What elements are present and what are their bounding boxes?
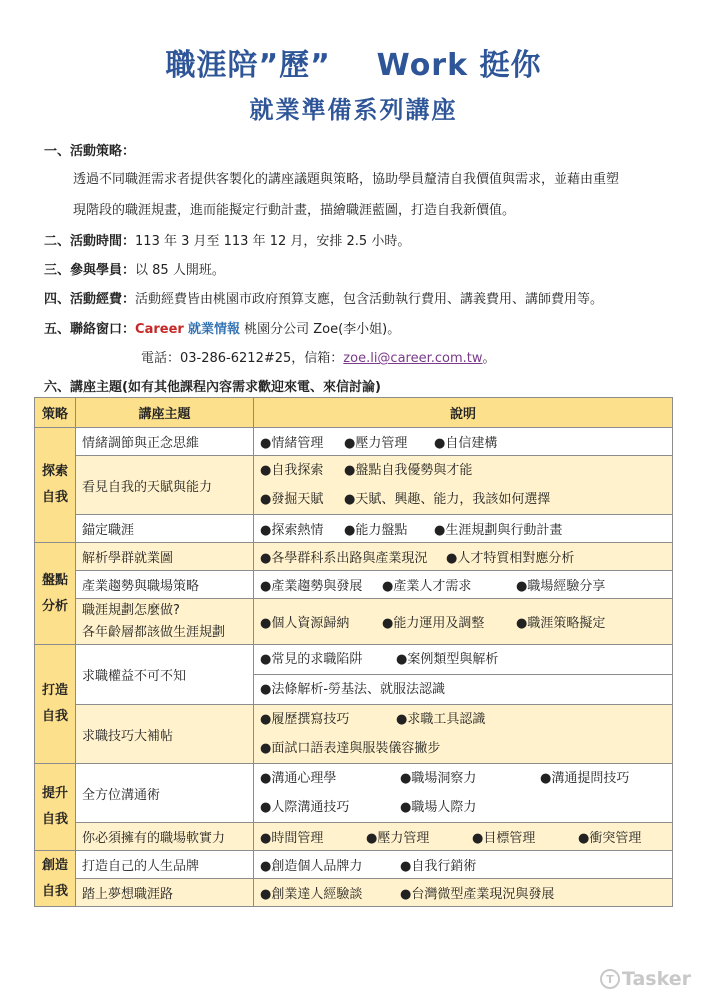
bullet-line: ●發掘天賦●天賦、興趣、能力，我該如何選擇 bbox=[260, 485, 666, 514]
topic-cell: 錨定職涯 bbox=[76, 515, 254, 543]
section-time: 二、活動時間：113 年 3 月至 113 年 12 月，安排 2.5 小時。 bbox=[44, 230, 410, 249]
description-cell: ●自我探索●盤點自我優勢與才能 ●發掘天賦●天賦、興趣、能力，我該如何選擇 bbox=[254, 456, 673, 515]
description-cell: ●產業趨勢與發展●產業人才需求●職場經驗分享 bbox=[254, 571, 673, 599]
bullet-line: ●面試口語表達與服裝儀容撇步 bbox=[260, 734, 666, 763]
bullet-item: ●產業趨勢與發展 bbox=[260, 575, 382, 594]
description-cell: ●創造個人品牌力●自我行銷術 bbox=[254, 851, 673, 879]
brand-job-info: 就業情報 bbox=[188, 322, 240, 337]
strategy-line2: 自我 bbox=[37, 485, 73, 511]
table-header-row: 策略 講座主題 說明 bbox=[35, 398, 673, 428]
bullet-item: ●能力盤點 bbox=[344, 519, 434, 538]
contact-end-punct: 。 bbox=[483, 351, 496, 366]
strategy-cell: 創造自我 bbox=[35, 851, 76, 907]
bullet-item: ●履歷撰寫技巧 bbox=[260, 705, 396, 734]
section-number: 四、 bbox=[44, 292, 70, 307]
strategy-paragraph-line2: 現階段的職涯規畫，進而能擬定行動計畫，描繪職涯藍圖，打造自我新價值。 bbox=[73, 199, 515, 218]
bullet-line: ●各學群科系出路與產業現況●人才特質相對應分析 bbox=[260, 547, 666, 566]
section-number: 一、 bbox=[44, 144, 70, 159]
section-contact: 五、聯絡窗口：Career 就業情報 桃園分公司 Zoe(李小姐)。 bbox=[44, 318, 400, 337]
topic-cell: 求職技巧大補帖 bbox=[76, 705, 254, 764]
bullet-item: ●壓力管理 bbox=[344, 432, 434, 451]
strategy-paragraph-line1: 透過不同職涯需求者提供客製化的講座議題與策略，協助學員釐清自我價值與需求，並藉由… bbox=[73, 168, 619, 187]
section-strategy-heading: 一、活動策略： bbox=[44, 140, 135, 159]
description-cell: ●各學群科系出路與產業現況●人才特質相對應分析 bbox=[254, 543, 673, 571]
bullet-line: ●探索熱情●能力盤點●生涯規劃與行動計畫 bbox=[260, 519, 666, 538]
bullet-line: ●創業達人經驗談●台灣微型產業現況與發展 bbox=[260, 883, 666, 902]
table-row: 錨定職涯 ●探索熱情●能力盤點●生涯規劃與行動計畫 bbox=[35, 515, 673, 543]
bullet-item: ●目標管理 bbox=[472, 827, 578, 846]
bullet-line: ●創造個人品牌力●自我行銷術 bbox=[260, 855, 666, 874]
description-cell: ●個人資源歸納●能力運用及調整●職涯策略擬定 bbox=[254, 599, 673, 645]
strategy-cell: 提升自我 bbox=[35, 764, 76, 851]
description-cell: ●履歷撰寫技巧●求職工具認識 ●面試口語表達與服裝儀容撇步 bbox=[254, 705, 673, 764]
bullet-item: ●職場經驗分享 bbox=[516, 575, 605, 594]
bullet-item: ●自我行銷術 bbox=[400, 855, 476, 874]
contact-details: 電話：03-286-6212#25，信箱：zoe.li@career.com.t… bbox=[141, 347, 496, 366]
email-link[interactable]: zoe.li@career.com.tw bbox=[343, 351, 482, 366]
bullet-item: ●職涯策略擬定 bbox=[516, 612, 605, 631]
table-row: 提升自我 全方位溝通術 ●溝通心理學●職場洞察力●溝通提問技巧 ●人際溝通技巧●… bbox=[35, 764, 673, 823]
bullet-item: ●自我探索 bbox=[260, 456, 344, 485]
topic-cell: 打造自己的人生品牌 bbox=[76, 851, 254, 879]
bullet-item: ●能力運用及調整 bbox=[382, 612, 516, 631]
bullet-item: ●求職工具認識 bbox=[396, 705, 485, 734]
section-text: 以 85 人開班。 bbox=[135, 263, 225, 278]
bullet-line: ●法條解析-勞基法、就服法認識 bbox=[254, 674, 672, 704]
bullet-line: ●溝通心理學●職場洞察力●溝通提問技巧 bbox=[260, 764, 666, 793]
bullet-item: ●壓力管理 bbox=[366, 827, 472, 846]
strategy-line1: 盤點 bbox=[37, 568, 73, 594]
table-row: 探索自我 情緒調節與正念思維 ●情緒管理●壓力管理●自信建構 bbox=[35, 428, 673, 456]
section-label: 活動經費： bbox=[70, 292, 135, 307]
description-cell: ●創業達人經驗談●台灣微型產業現況與發展 bbox=[254, 879, 673, 907]
description-cell: ●溝通心理學●職場洞察力●溝通提問技巧 ●人際溝通技巧●職場人際力 bbox=[254, 764, 673, 823]
table-row: 踏上夢想職涯路 ●創業達人經驗談●台灣微型產業現況與發展 bbox=[35, 879, 673, 907]
section-participants: 三、參與學員：以 85 人開班。 bbox=[44, 259, 225, 278]
bullet-item: ●法條解析-勞基法、就服法認識 bbox=[260, 675, 445, 704]
section-label: 活動時間： bbox=[70, 234, 135, 249]
strategy-line1: 打造 bbox=[37, 678, 73, 704]
section-number: 五、 bbox=[44, 322, 70, 337]
section-number: 六、 bbox=[44, 380, 70, 395]
bullet-line: ●履歷撰寫技巧●求職工具認識 bbox=[260, 705, 666, 734]
topic-cell: 求職權益不可不知 bbox=[76, 645, 254, 705]
bullet-item: ●人際溝通技巧 bbox=[260, 793, 400, 822]
section-number: 二、 bbox=[44, 234, 70, 249]
section-text: 活動經費皆由桃園市政府預算支應，包含活動執行費用、講義費用、講師費用等。 bbox=[135, 292, 603, 307]
topic-cell: 全方位溝通術 bbox=[76, 764, 254, 823]
bullet-item: ●職場人際力 bbox=[400, 793, 476, 822]
bullet-line: ●情緒管理●壓力管理●自信建構 bbox=[260, 432, 666, 451]
topic-line2: 各年齡層都該做生涯規劃 bbox=[82, 622, 247, 644]
section-label: 聯絡窗口： bbox=[70, 322, 135, 337]
bullet-item: ●情緒管理 bbox=[260, 432, 344, 451]
section-number: 三、 bbox=[44, 263, 70, 278]
bullet-item: ●溝通提問技巧 bbox=[540, 764, 629, 793]
email-label: ，信箱： bbox=[291, 351, 343, 366]
bullet-line: ●個人資源歸納●能力運用及調整●職涯策略擬定 bbox=[260, 612, 666, 631]
section-label: 講座主題(如有其他課程內容需求歡迎來電、來信討論) bbox=[70, 380, 381, 395]
bullet-item: ●常見的求職陷阱 bbox=[260, 645, 396, 674]
tasker-logo-icon: T bbox=[600, 969, 620, 989]
topic-cell: 職涯規劃怎麼做?各年齡層都該做生涯規劃 bbox=[76, 599, 254, 645]
bullet-item: ●面試口語表達與服裝儀容撇步 bbox=[260, 734, 440, 763]
bullet-line: ●人際溝通技巧●職場人際力 bbox=[260, 793, 666, 822]
bullet-item: ●案例類型與解析 bbox=[396, 645, 498, 674]
section-text: 113 年 3 月至 113 年 12 月，安排 2.5 小時。 bbox=[135, 234, 410, 249]
phone-label: 電話： bbox=[141, 351, 180, 366]
strategy-line1: 探索 bbox=[37, 459, 73, 485]
topic-cell: 情緒調節與正念思維 bbox=[76, 428, 254, 456]
watermark-label: Tasker bbox=[622, 968, 691, 990]
table-row: 職涯規劃怎麼做?各年齡層都該做生涯規劃 ●個人資源歸納●能力運用及調整●職涯策略… bbox=[35, 599, 673, 645]
bullet-line: ●自我探索●盤點自我優勢與才能 bbox=[260, 456, 666, 485]
contact-person: 桃園分公司 Zoe(李小姐)。 bbox=[240, 322, 400, 337]
table-row: 看見自我的天賦與能力 ●自我探索●盤點自我優勢與才能 ●發掘天賦●天賦、興趣、能… bbox=[35, 456, 673, 515]
page-title: 職涯陪”歷” Work 挺你 bbox=[0, 40, 707, 84]
table-row: 求職技巧大補帖 ●履歷撰寫技巧●求職工具認識 ●面試口語表達與服裝儀容撇步 bbox=[35, 705, 673, 764]
bullet-item: ●自信建構 bbox=[434, 432, 497, 451]
table-row: 打造自我 求職權益不可不知 ●常見的求職陷阱●案例類型與解析 ●法條解析-勞基法… bbox=[35, 645, 673, 705]
section-label: 參與學員： bbox=[70, 263, 135, 278]
bullet-item: ●創業達人經驗談 bbox=[260, 883, 400, 902]
topic-cell: 踏上夢想職涯路 bbox=[76, 879, 254, 907]
bullet-item: ●人才特質相對應分析 bbox=[446, 547, 574, 566]
strategy-cell: 打造自我 bbox=[35, 645, 76, 764]
strategy-line2: 分析 bbox=[37, 594, 73, 620]
bullet-item: ●發掘天賦 bbox=[260, 485, 344, 514]
bullet-item: ●生涯規劃與行動計畫 bbox=[434, 519, 562, 538]
strategy-cell: 盤點分析 bbox=[35, 543, 76, 645]
table-row: 創造自我 打造自己的人生品牌 ●創造個人品牌力●自我行銷術 bbox=[35, 851, 673, 879]
bullet-item: ●天賦、興趣、能力，我該如何選擇 bbox=[344, 485, 550, 514]
table-row: 盤點分析 解析學群就業圖 ●各學群科系出路與產業現況●人才特質相對應分析 bbox=[35, 543, 673, 571]
bullet-item: ●個人資源歸納 bbox=[260, 612, 382, 631]
table-row: 你必須擁有的職場軟實力 ●時間管理●壓力管理●目標管理●衝突管理 bbox=[35, 823, 673, 851]
section-label: 活動策略： bbox=[70, 144, 135, 159]
bullet-line: ●時間管理●壓力管理●目標管理●衝突管理 bbox=[260, 827, 666, 846]
topic-cell: 解析學群就業圖 bbox=[76, 543, 254, 571]
phone-number: 03-286-6212#25 bbox=[180, 351, 291, 366]
bullet-item: ●職場洞察力 bbox=[400, 764, 540, 793]
topic-cell: 你必須擁有的職場軟實力 bbox=[76, 823, 254, 851]
header-topic: 講座主題 bbox=[76, 398, 254, 428]
strategy-cell: 探索自我 bbox=[35, 428, 76, 543]
strategy-line2: 自我 bbox=[37, 704, 73, 730]
bullet-item: ●盤點自我優勢與才能 bbox=[344, 456, 472, 485]
section-budget: 四、活動經費：活動經費皆由桃園市政府預算支應，包含活動執行費用、講義費用、講師費… bbox=[44, 288, 603, 307]
bullet-item: ●各學群科系出路與產業現況 bbox=[260, 547, 446, 566]
strategy-line2: 自我 bbox=[37, 879, 73, 905]
description-cell: ●時間管理●壓力管理●目標管理●衝突管理 bbox=[254, 823, 673, 851]
topic-cell: 產業趨勢與職場策略 bbox=[76, 571, 254, 599]
description-cell: ●探索熱情●能力盤點●生涯規劃與行動計畫 bbox=[254, 515, 673, 543]
bullet-line: ●產業趨勢與發展●產業人才需求●職場經驗分享 bbox=[260, 575, 666, 594]
bullet-item: ●衝突管理 bbox=[578, 827, 641, 846]
bullet-item: ●溝通心理學 bbox=[260, 764, 400, 793]
header-description: 說明 bbox=[254, 398, 673, 428]
topic-line1: 職涯規劃怎麼做? bbox=[82, 600, 247, 622]
bullet-line: ●常見的求職陷阱●案例類型與解析 bbox=[260, 645, 666, 674]
bullet-item: ●時間管理 bbox=[260, 827, 366, 846]
topics-table: 策略 講座主題 說明 探索自我 情緒調節與正念思維 ●情緒管理●壓力管理●自信建… bbox=[34, 397, 673, 907]
tasker-watermark: T Tasker bbox=[600, 968, 691, 990]
description-cell: ●情緒管理●壓力管理●自信建構 bbox=[254, 428, 673, 456]
topic-cell: 看見自我的天賦與能力 bbox=[76, 456, 254, 515]
bullet-item: ●創造個人品牌力 bbox=[260, 855, 400, 874]
description-cell: ●常見的求職陷阱●案例類型與解析 ●法條解析-勞基法、就服法認識 bbox=[254, 645, 673, 705]
bullet-item: ●台灣微型產業現況與發展 bbox=[400, 883, 554, 902]
strategy-line2: 自我 bbox=[37, 807, 73, 833]
bullet-item: ●探索熱情 bbox=[260, 519, 344, 538]
strategy-line1: 創造 bbox=[37, 853, 73, 879]
brand-career: Career bbox=[135, 322, 184, 337]
page-subtitle: 就業準備系列講座 bbox=[0, 90, 707, 125]
strategy-line1: 提升 bbox=[37, 781, 73, 807]
table-row: 產業趨勢與職場策略 ●產業趨勢與發展●產業人才需求●職場經驗分享 bbox=[35, 571, 673, 599]
section-topics-heading: 六、講座主題(如有其他課程內容需求歡迎來電、來信討論) bbox=[44, 376, 381, 395]
header-strategy: 策略 bbox=[35, 398, 76, 428]
bullet-item: ●產業人才需求 bbox=[382, 575, 516, 594]
